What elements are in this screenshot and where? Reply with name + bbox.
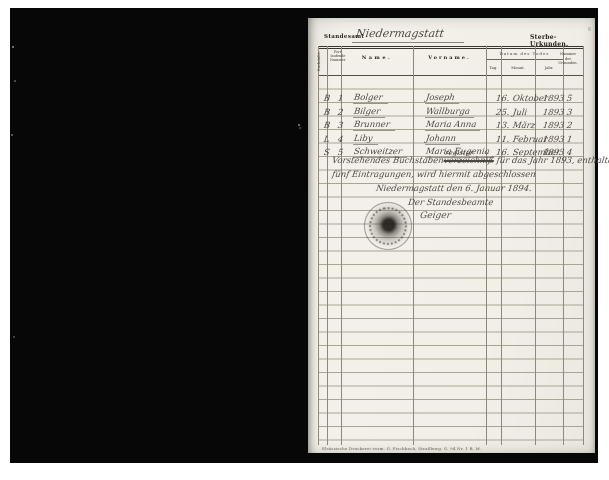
record-serial: 2 (337, 108, 344, 118)
record-cert-number: 1 (566, 135, 573, 145)
record-letter: S (323, 148, 330, 158)
record-serial: 3 (337, 121, 344, 131)
record-year: 1893 (542, 94, 565, 104)
archival-scan-viewer: Standesamt Niedermagstatt Sterbe-Urkunde… (0, 0, 609, 480)
record-surname: Bolger (353, 93, 389, 104)
seal-text-ring (365, 203, 411, 249)
record-given-name: Maria Anna (425, 120, 482, 131)
column-header-day: Tag. (486, 65, 501, 70)
record-year: 1893 (542, 135, 565, 145)
register-index-sheet: Standesamt Niedermagstatt Sterbe-Urkunde… (308, 18, 595, 453)
table-header-rule (318, 75, 583, 76)
record-row: L 4 Liby Johann 11. Februar 1893 1 (317, 131, 594, 145)
cert-line-3: Urkunden. (553, 61, 583, 66)
record-day: 11. (494, 135, 511, 145)
office-name-handwritten: Niedermagstatt (355, 27, 445, 40)
printer-imprint: Elsässische Druckerei vorm. G. Fischbach… (322, 446, 481, 451)
record-given-name: Joseph (425, 93, 460, 104)
record-day: 16. (494, 94, 511, 104)
record-row: B 1 Bolger Joseph 16. Oktober 1893 5 (317, 90, 594, 104)
column-header-cert-number: Nummer der Urkunden. (553, 52, 583, 66)
record-day: 13. (494, 121, 511, 131)
closing-line-1-post: für das Jahr 1893, enthaltend (493, 156, 609, 166)
record-surname: Bilger (353, 107, 387, 118)
record-surname: Liby (353, 134, 379, 145)
index-table: Buchstabe. Fort- laufende Nummer. Name. … (318, 46, 583, 446)
record-letter: L (323, 135, 330, 145)
column-header-vorname: Vorname. (413, 55, 486, 61)
record-year: 1893 (542, 108, 565, 118)
date-group-divider (486, 59, 563, 60)
scan-black-background: Standesamt Niedermagstatt Sterbe-Urkunde… (10, 8, 598, 463)
record-cert-number: 2 (566, 121, 573, 131)
record-row: B 3 Brunner Maria Anna 13. März 1893 2 (317, 117, 594, 131)
table-top-double-rule (318, 46, 583, 49)
record-letter: B (323, 94, 331, 104)
record-cert-number: 5 (566, 94, 573, 104)
office-name-line: Niedermagstatt (352, 22, 464, 43)
record-cert-number: 3 (566, 108, 573, 118)
record-serial: 1 (337, 94, 344, 104)
closing-line-2: fünf Eintragungen, wird hiermit abgeschl… (331, 170, 536, 180)
record-day: 25. (494, 108, 511, 118)
record-month: Juli (512, 108, 528, 118)
closing-inserted-word: register (445, 149, 474, 157)
record-letter: B (323, 121, 331, 131)
record-month: März (512, 121, 536, 131)
column-header-name: Name. (341, 55, 413, 61)
closing-line-1-pre: Vorstehendes Buchstaben (331, 156, 444, 166)
registrar-signature: Geiger (419, 211, 451, 221)
closing-line-1: Vorstehendes Buchstabenverzeichniß für d… (331, 156, 582, 166)
record-serial: 4 (337, 135, 344, 145)
column-header-month: Monat. (501, 65, 535, 70)
closing-place-date: Niedermagstatt den 6. Januar 1894. (375, 184, 532, 194)
record-year: 1893 (542, 121, 565, 131)
closing-struck-word: verzeichniß (443, 156, 495, 166)
record-surname: Brunner (353, 120, 396, 131)
margin-smudge (588, 27, 591, 31)
record-row: B 2 Bilger Wallburga 25. Juli 1893 3 (317, 104, 594, 118)
scan-dust-specks (12, 46, 14, 48)
record-given-name: Wallburga (425, 107, 476, 118)
record-letter: B (323, 108, 331, 118)
column-header-date-of-death: Datum des Todes (486, 51, 563, 56)
record-given-name: Johann (425, 134, 462, 145)
registrar-title: Der Standesbeamte (407, 198, 494, 208)
